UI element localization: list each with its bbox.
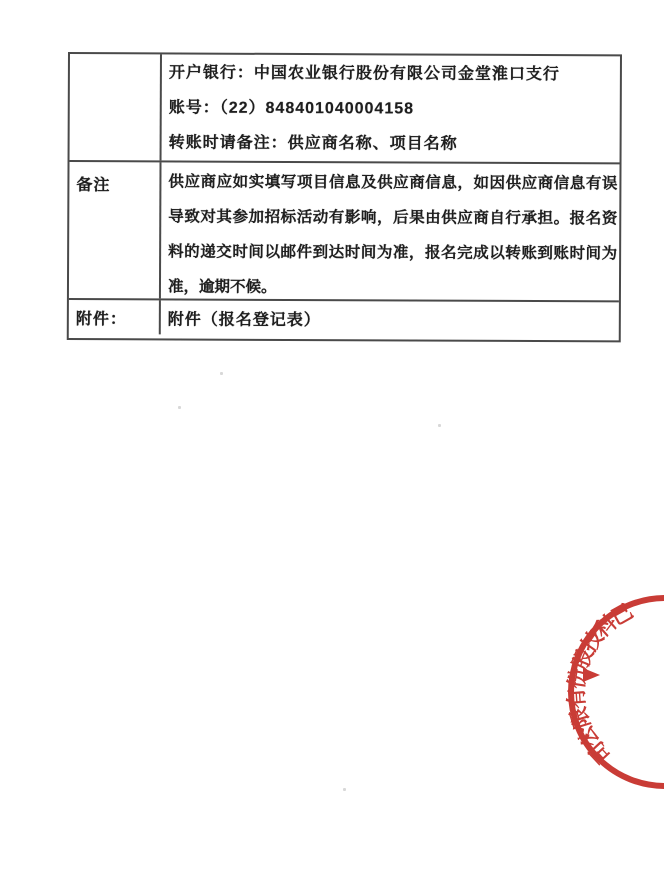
remarks-text: 供应商应如实填写项目信息及供应商信息，如因供应商信息有误导致对其参加招标活动有影…	[168, 164, 618, 300]
account-number-line: 账号：（22）848401040004158	[169, 90, 616, 127]
seal-star-point-icon	[583, 668, 600, 682]
registration-info-table: 开户银行：中国农业银行股份有限公司金堂淮口支行 账号：（22）848401040…	[67, 52, 622, 342]
attachment-text: 附件（报名登记表）	[168, 306, 321, 330]
row-label-cell-empty	[70, 54, 162, 160]
bank-info-cell: 开户银行：中国农业银行股份有限公司金堂淮口支行 账号：（22）848401040…	[162, 54, 620, 162]
attachment-cell: 附件（报名登记表）	[161, 300, 619, 336]
table-row-attachment: 附件： 附件（报名登记表）	[69, 300, 619, 336]
row-label-remarks: 备注	[69, 162, 162, 298]
scan-speck	[178, 406, 181, 409]
remarks-cell: 供应商应如实填写项目信息及供应商信息，如因供应商信息有误导致对其参加招标活动有影…	[161, 162, 620, 300]
scan-speck	[220, 372, 223, 375]
scan-speck	[343, 788, 346, 791]
bank-name-line: 开户银行：中国农业银行股份有限公司金堂淮口支行	[169, 55, 616, 92]
row-label-attachment: 附件：	[69, 300, 161, 334]
seal-arc-text: 己 科 技 股 份 有 限 公 司	[564, 600, 637, 768]
transfer-note-line: 转账时请备注：供应商名称、项目名称	[169, 125, 616, 162]
scan-speck	[438, 424, 441, 427]
table-row-remarks: 备注 供应商应如实填写项目信息及供应商信息，如因供应商信息有误导致对其参加招标活…	[69, 162, 620, 302]
company-seal-stamp: 己 科 技 股 份 有 限 公 司	[556, 576, 664, 800]
document-page: 开户银行：中国农业银行股份有限公司金堂淮口支行 账号：（22）848401040…	[0, 0, 664, 889]
table-row-bank-info: 开户银行：中国农业银行股份有限公司金堂淮口支行 账号：（22）848401040…	[70, 54, 620, 164]
